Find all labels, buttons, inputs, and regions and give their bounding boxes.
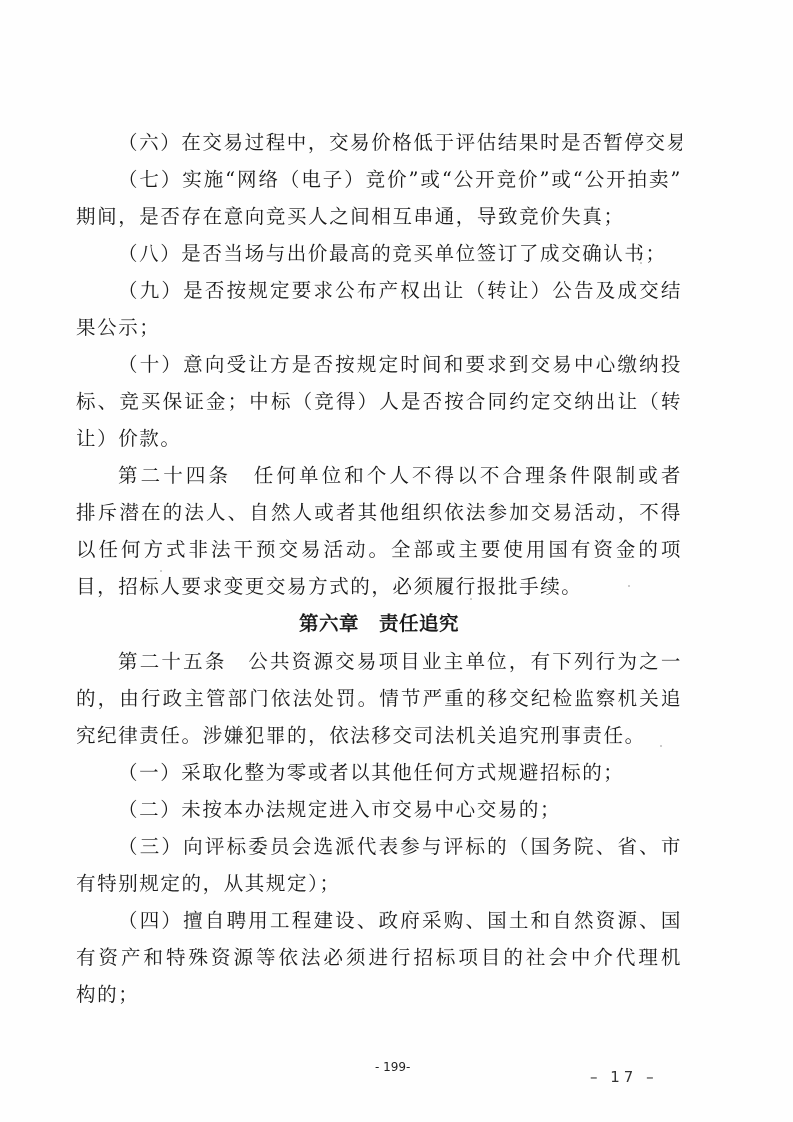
paragraph-item-9: （九）是否按规定要求公布产权出让（转让）公告及成交结 果公示； [76, 272, 682, 346]
text-line: 第二十五条 公共资源交易项目业主单位，有下列行为之一 [76, 643, 682, 680]
text-line: 构的； [76, 976, 682, 1013]
text-line: 果公示； [76, 309, 682, 346]
paragraph-item-7: （七）实施“网络（电子）竞价”或“公开竞价”或“公开拍卖” 期间，是否存在意向竞… [76, 161, 682, 235]
text-line: （九）是否按规定要求公布产权出让（转让）公告及成交结 [76, 272, 682, 309]
text-line: 以任何方式非法干预交易活动。全部或主要使用国有资金的项 [76, 531, 682, 568]
text-line: （三）向评标委员会选派代表参与评标的（国务院、省、市 [76, 828, 682, 865]
scan-speck [628, 585, 630, 587]
text-line: 标、竞买保证金；中标（竞得）人是否按合同约定交纳出让（转 [76, 383, 682, 420]
paragraph-item-4: （四）擅自聘用工程建设、政府采购、国土和自然资源、国 有资产和特殊资源等依法必须… [76, 902, 682, 1013]
text-line: （一）采取化整为零或者以其他任何方式规避招标的； [76, 754, 682, 791]
paragraph-item-3: （三）向评标委员会选派代表参与评标的（国务院、省、市 有特别规定的，从其规定）； [76, 828, 682, 902]
text-line: 究纪律责任。涉嫌犯罪的，依法移交司法机关追究刑事责任。 [76, 717, 682, 754]
article-24: 第二十四条 任何单位和个人不得以不合理条件限制或者 排斥潜在的法人、自然人或者其… [76, 457, 682, 605]
original-page-number: – 17 – [590, 1068, 658, 1086]
document-body: （六）在交易过程中，交易价格低于评估结果时是否暂停交易； （七）实施“网络（电子… [76, 124, 682, 1013]
text-line: 目，招标人要求变更交易方式的，必须履行报批手续。 [76, 568, 682, 605]
chapter-heading: 第六章 责任追究 [76, 605, 682, 643]
scan-speck [470, 598, 472, 600]
scan-speck [640, 262, 642, 264]
scan-speck [660, 745, 662, 747]
text-line: 排斥潜在的法人、自然人或者其他组织依法参加交易活动，不得 [76, 494, 682, 531]
text-line: （六）在交易过程中，交易价格低于评估结果时是否暂停交易； [76, 124, 682, 161]
text-line: 有资产和特殊资源等依法必须进行招标项目的社会中介代理机 [76, 939, 682, 976]
chapter-title: 第六章 责任追究 [76, 605, 682, 643]
scan-speck [160, 570, 162, 572]
text-line: （四）擅自聘用工程建设、政府采购、国土和自然资源、国 [76, 902, 682, 939]
paragraph-item-2: （二）未按本办法规定进入市交易中心交易的； [76, 791, 682, 828]
compiled-page-number: - 199- [375, 1060, 410, 1074]
paragraph-item-10: （十）意向受让方是否按规定时间和要求到交易中心缴纳投 标、竞买保证金；中标（竞得… [76, 346, 682, 457]
text-line: （十）意向受让方是否按规定时间和要求到交易中心缴纳投 [76, 346, 682, 383]
paragraph-item-6: （六）在交易过程中，交易价格低于评估结果时是否暂停交易； [76, 124, 682, 161]
document-page: （六）在交易过程中，交易价格低于评估结果时是否暂停交易； （七）实施“网络（电子… [0, 0, 793, 1122]
text-line: （七）实施“网络（电子）竞价”或“公开竞价”或“公开拍卖” [76, 161, 682, 198]
article-25: 第二十五条 公共资源交易项目业主单位，有下列行为之一 的，由行政主管部门依法处罚… [76, 643, 682, 754]
text-line: 有特别规定的，从其规定）； [76, 865, 682, 902]
text-line: 的，由行政主管部门依法处罚。情节严重的移交纪检监察机关追 [76, 680, 682, 717]
text-line: 期间，是否存在意向竞买人之间相互串通，导致竞价失真； [76, 198, 682, 235]
text-line: 第二十四条 任何单位和个人不得以不合理条件限制或者 [76, 457, 682, 494]
paragraph-item-1: （一）采取化整为零或者以其他任何方式规避招标的； [76, 754, 682, 791]
text-line: 让）价款。 [76, 420, 682, 457]
text-line: （二）未按本办法规定进入市交易中心交易的； [76, 791, 682, 828]
text-line: （八）是否当场与出价最高的竞买单位签订了成交确认书； [76, 235, 682, 272]
paragraph-item-8: （八）是否当场与出价最高的竞买单位签订了成交确认书； [76, 235, 682, 272]
